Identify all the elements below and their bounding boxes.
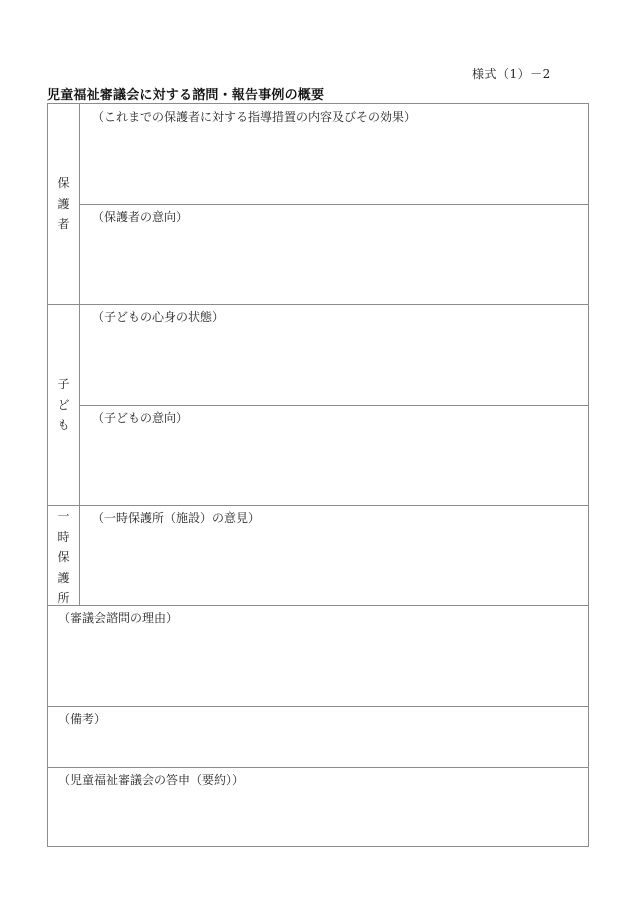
shelter-opinion-label: （一時保護所（施設）の意見）	[92, 509, 260, 526]
shelter-label-char: 時	[57, 527, 69, 548]
guardian-intention-field[interactable]: （保護者の意向）	[80, 204, 588, 304]
guardian-guidance-label: （これまでの保護者に対する指導措置の内容及びその効果）	[92, 108, 416, 125]
shelter-label-char: 一	[57, 506, 69, 527]
child-label-char: 子	[57, 374, 69, 395]
summary-form-table: 保 護 者 （これまでの保護者に対する指導措置の内容及びその効果） （保護者の意…	[47, 103, 589, 847]
council-report-label: （児童福祉審議会の答申（要約））	[58, 771, 244, 788]
child-condition-field[interactable]: （子どもの心身の状態）	[80, 305, 588, 405]
child-label-char: ど	[57, 395, 69, 416]
guardian-guidance-field[interactable]: （これまでの保護者に対する指導措置の内容及びその効果）	[80, 104, 588, 204]
remarks-field[interactable]: （備考）	[48, 707, 588, 767]
child-condition-label: （子どもの心身の状態）	[92, 308, 224, 325]
council-report-field[interactable]: （児童福祉審議会の答申（要約））	[48, 768, 588, 846]
guardian-section-label: 保 護 者	[48, 104, 79, 304]
shelter-opinion-field[interactable]: （一時保護所（施設）の意見）	[80, 506, 588, 606]
form-number: 様式（1）－2	[472, 65, 551, 82]
document-title: 児童福祉審議会に対する諮問・報告事例の概要	[47, 84, 324, 103]
child-label-char: も	[57, 415, 69, 436]
guardian-intention-label: （保護者の意向）	[92, 208, 188, 225]
child-intention-label: （子どもの意向）	[92, 409, 188, 426]
child-intention-field[interactable]: （子どもの意向）	[80, 405, 588, 505]
guardian-label-char: 保	[57, 173, 69, 194]
shelter-label-char: 保	[57, 547, 69, 568]
council-reason-label: （審議会諮問の理由）	[58, 609, 178, 626]
shelter-section-label: 一 時 保 護 所	[48, 506, 79, 606]
guardian-label-char: 護	[57, 194, 69, 215]
remarks-label: （備考）	[58, 710, 106, 727]
council-reason-field[interactable]: （審議会諮問の理由）	[48, 606, 588, 706]
child-section-label: 子 ど も	[48, 305, 79, 505]
guardian-label-char: 者	[57, 214, 69, 235]
shelter-label-char: 護	[57, 568, 69, 589]
